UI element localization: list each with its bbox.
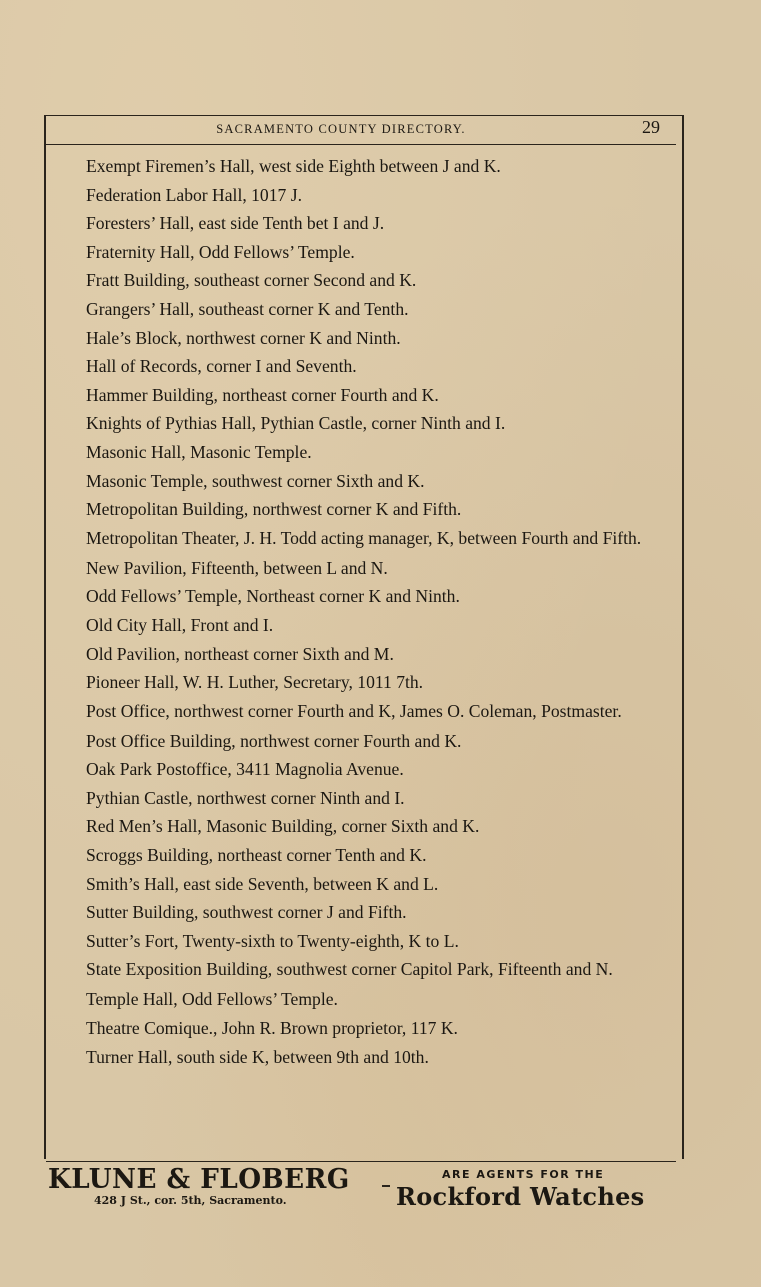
directory-entry: Hale’s Block, northwest corner K and Nin… [52, 324, 672, 353]
directory-entry: New Pavilion, Fifteenth, between L and N… [52, 554, 672, 583]
directory-entry: Theatre Comique., John R. Brown propriet… [52, 1014, 672, 1043]
directory-entry: Red Men’s Hall, Masonic Building, corner… [52, 812, 672, 841]
directory-entry: Foresters’ Hall, east side Tenth bet I a… [52, 209, 672, 238]
ad-brand: Rockford Watches [396, 1182, 696, 1212]
advertisement: KLUNE & FLOBERG 428 J St., cor. 5th, Sac… [48, 1166, 698, 1216]
directory-entry: Pioneer Hall, W. H. Luther, Secretary, 1… [52, 668, 672, 697]
directory-entry: Odd Fellows’ Temple, Northeast corner K … [52, 582, 672, 611]
directory-entry: Fraternity Hall, Odd Fellows’ Temple. [52, 238, 672, 267]
advertiser-block: KLUNE & FLOBERG 428 J St., cor. 5th, Sac… [48, 1166, 388, 1208]
directory-entry: Post Office, northwest corner Fourth and… [52, 699, 672, 723]
directory-entry: Pythian Castle, northwest corner Ninth a… [52, 784, 672, 813]
directory-entry: Knights of Pythias Hall, Pythian Castle,… [52, 409, 672, 438]
directory-list: Exempt Firemen’s Hall, west side Eighth … [52, 152, 672, 1071]
directory-entry: Sutter Building, southwest corner J and … [52, 898, 672, 927]
directory-entry: Post Office Building, northwest corner F… [52, 727, 672, 756]
directory-entry: Oak Park Postoffice, 3411 Magnolia Avenu… [52, 755, 672, 784]
advertiser-name: KLUNE & FLOBERG [48, 1166, 378, 1194]
directory-entry: Fratt Building, southeast corner Second … [52, 266, 672, 295]
running-head: SACRAMENTO COUNTY DIRECTORY. 29 [46, 116, 676, 145]
directory-entry: Masonic Hall, Masonic Temple. [52, 438, 672, 467]
directory-entry: Metropolitan Building, northwest corner … [52, 495, 672, 524]
directory-entry: State Exposition Building, southwest cor… [52, 957, 672, 981]
directory-entry: Old Pavilion, northeast corner Sixth and… [52, 640, 672, 669]
directory-entry: Exempt Firemen’s Hall, west side Eighth … [52, 152, 672, 181]
directory-entry: Hall of Records, corner I and Seventh. [52, 352, 672, 381]
directory-entry: Metropolitan Theater, J. H. Todd acting … [52, 526, 672, 550]
directory-entry: Federation Labor Hall, 1017 J. [52, 181, 672, 210]
bottom-rule [46, 1161, 676, 1162]
directory-entry: Masonic Temple, southwest corner Sixth a… [52, 467, 672, 496]
directory-entry: Smith’s Hall, east side Seventh, between… [52, 870, 672, 899]
running-title: SACRAMENTO COUNTY DIRECTORY. [46, 122, 676, 137]
directory-entry: Turner Hall, south side K, between 9th a… [52, 1043, 672, 1072]
directory-entry: Hammer Building, northeast corner Fourth… [52, 381, 672, 410]
ad-tagline: ARE AGENTS FOR THE [396, 1168, 696, 1182]
directory-entry: Scroggs Building, northeast corner Tenth… [52, 841, 672, 870]
ornament-dash [382, 1185, 390, 1187]
advertiser-address: 428 J St., cor. 5th, Sacramento. [48, 1194, 388, 1208]
directory-entry: Temple Hall, Odd Fellows’ Temple. [52, 985, 672, 1014]
directory-entry: Old City Hall, Front and I. [52, 611, 672, 640]
directory-entry: Sutter’s Fort, Twenty-sixth to Twenty-ei… [52, 927, 672, 956]
advertised-product-block: ARE AGENTS FOR THE Rockford Watches [396, 1168, 696, 1212]
directory-entry: Grangers’ Hall, southeast corner K and T… [52, 295, 672, 324]
page-number: 29 [642, 117, 660, 138]
